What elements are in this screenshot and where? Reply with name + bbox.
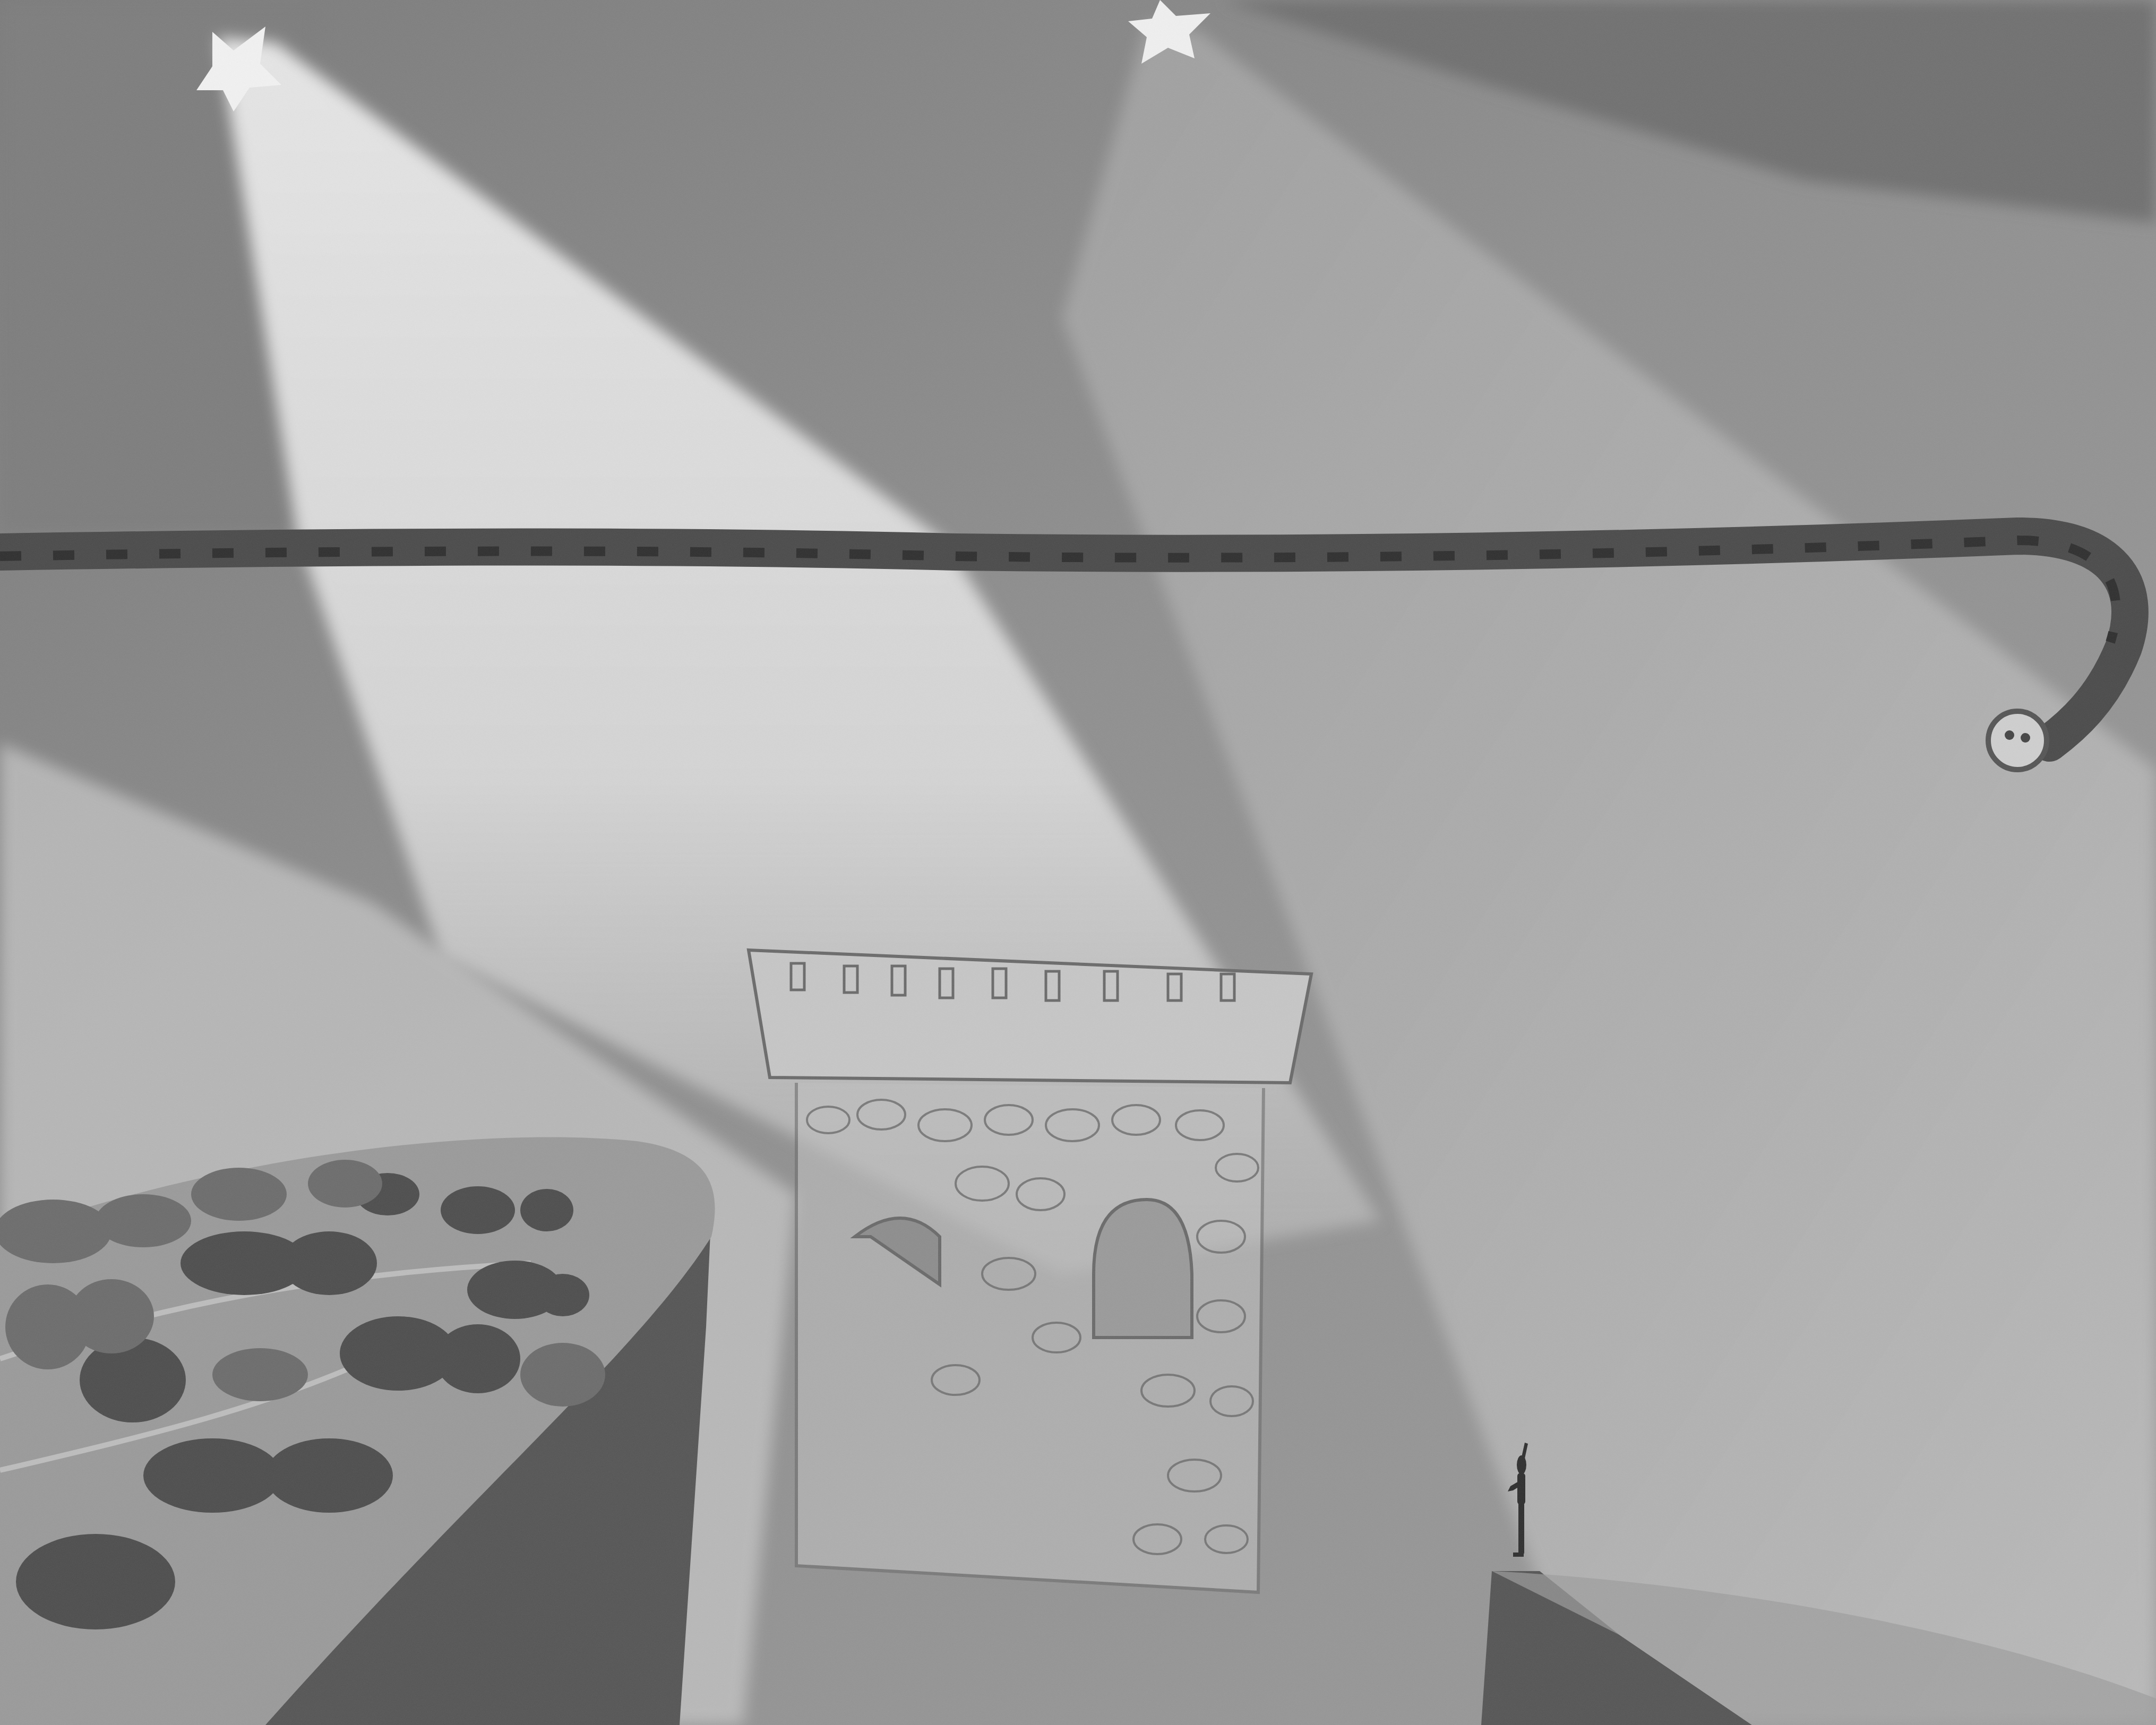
painting-canvas: Light beam from right star Light beam fr…: [0, 0, 2156, 1725]
paper-texture: [0, 0, 2156, 1725]
